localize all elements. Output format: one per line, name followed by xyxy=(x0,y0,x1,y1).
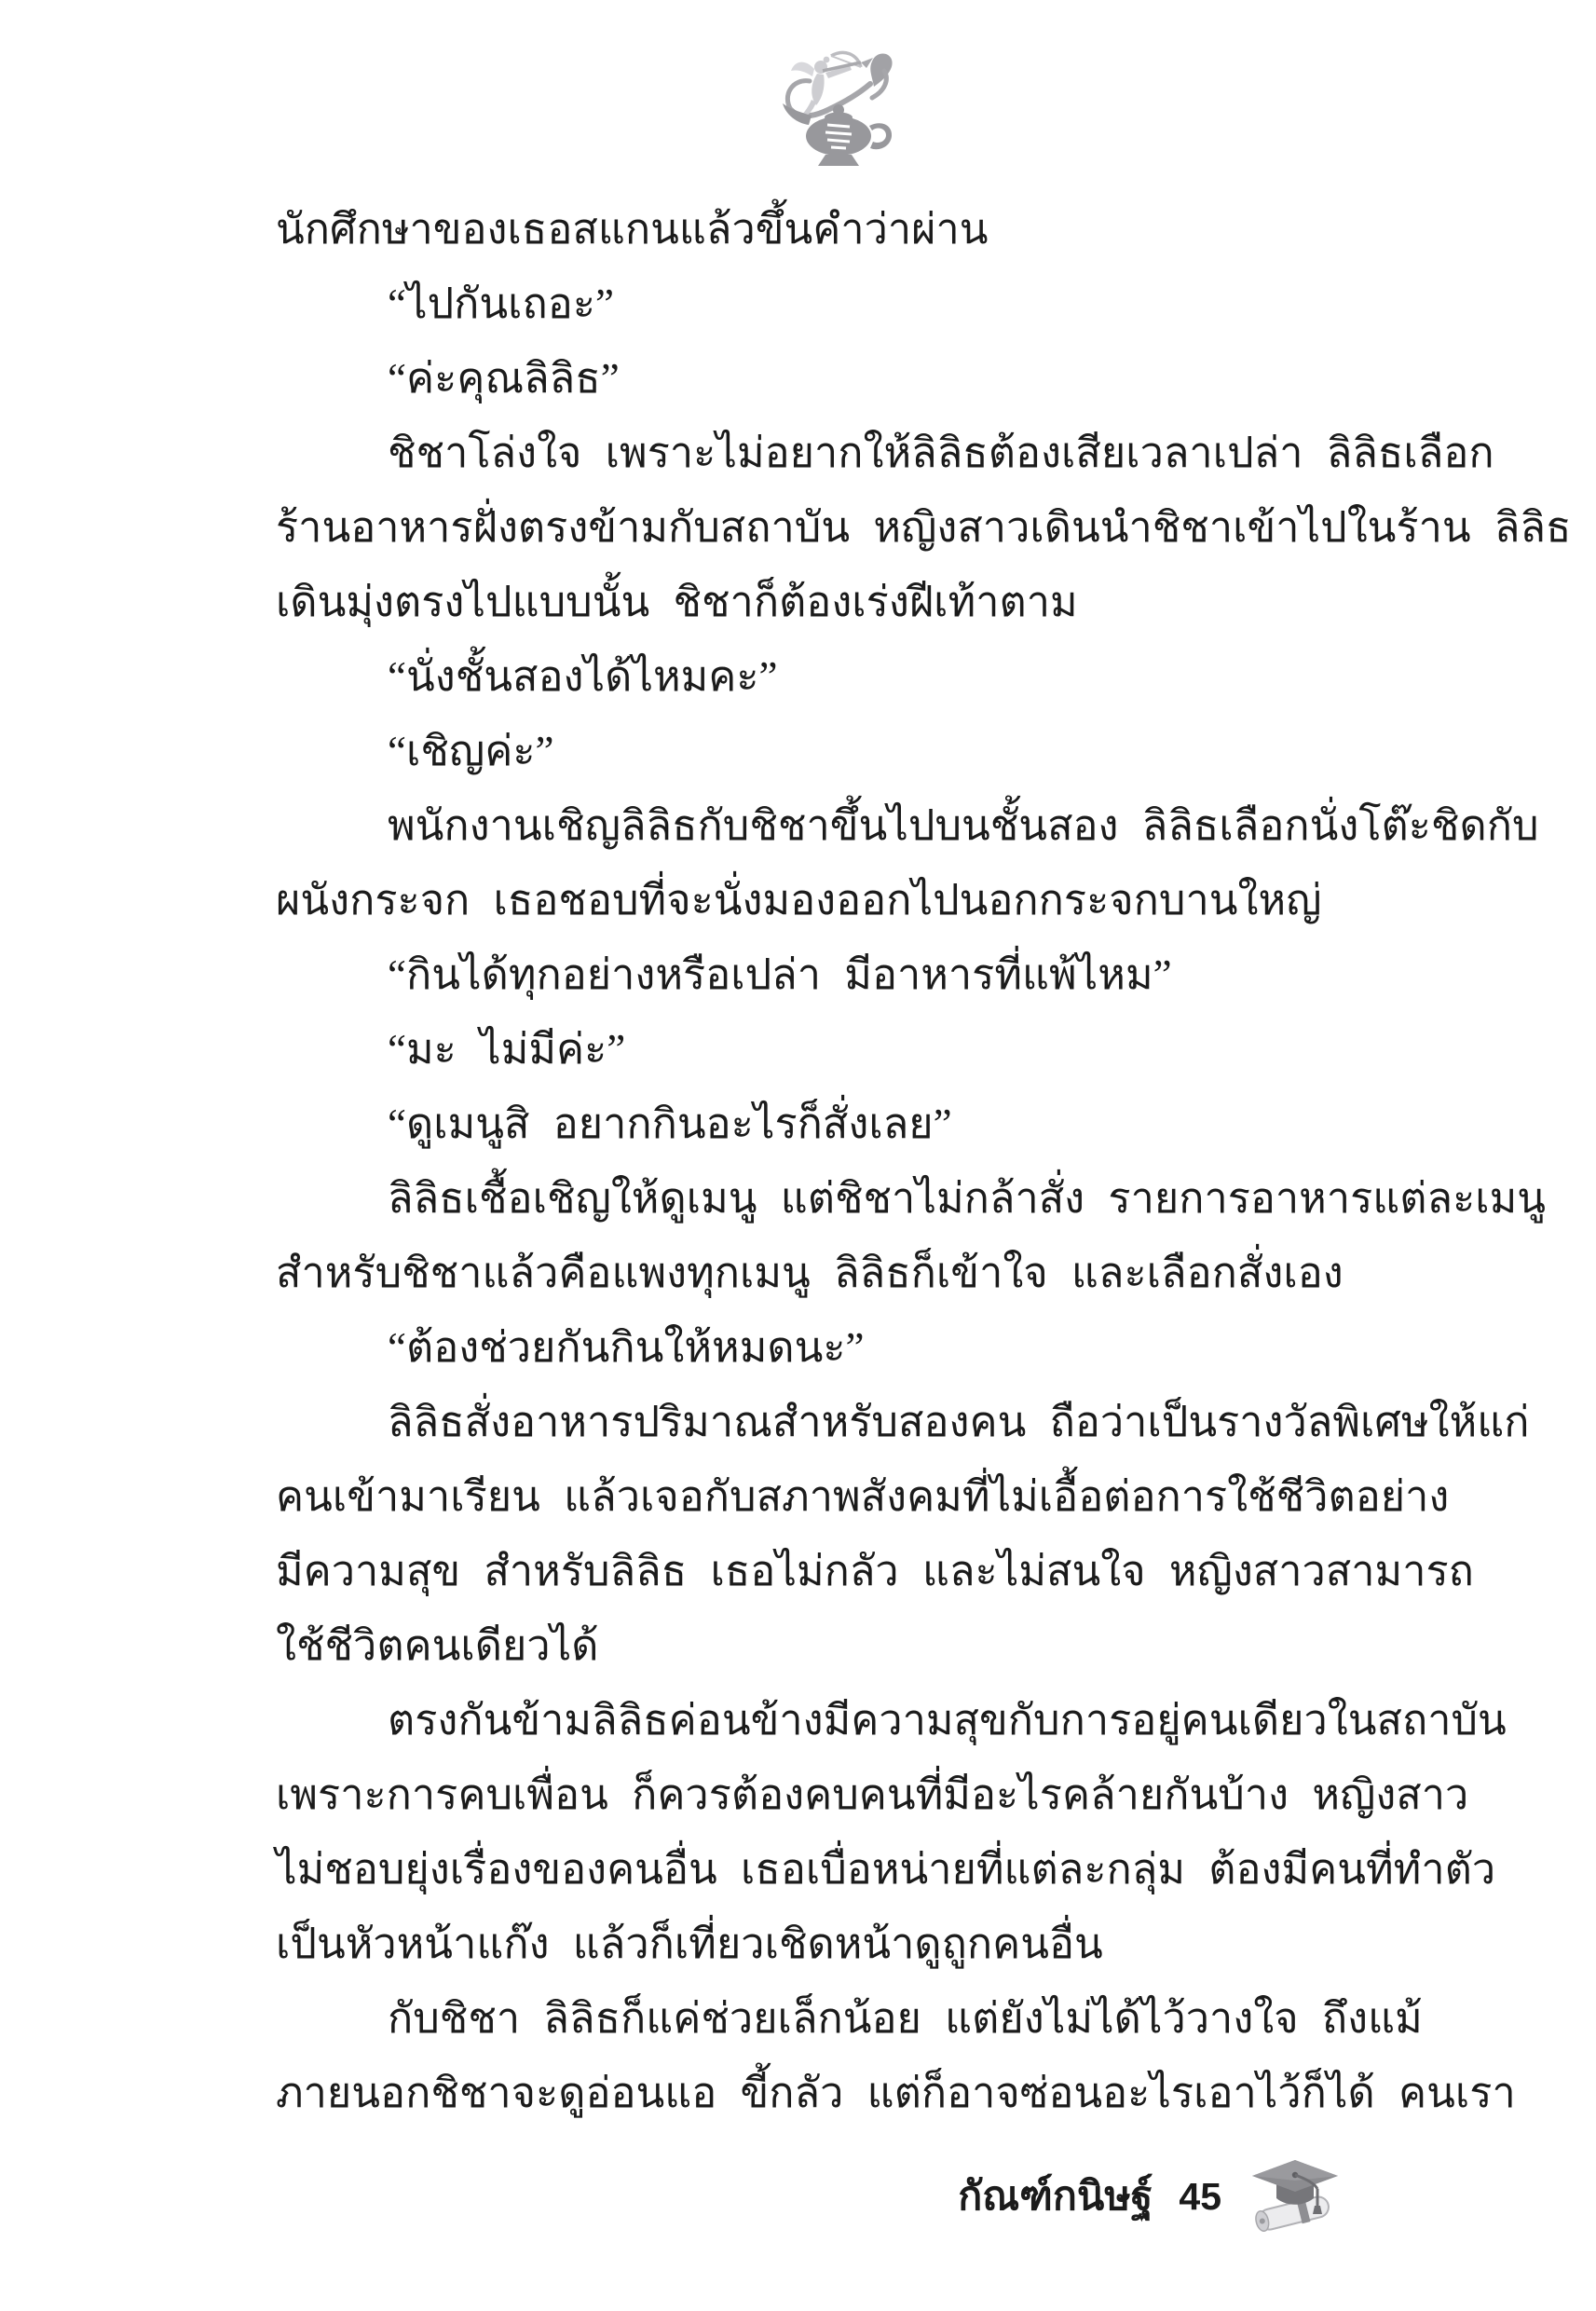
text-line: “เชิญค่ะ” xyxy=(276,714,1431,788)
text-line: ลิลิธสั่งอาหารปริมาณสำหรับสองคน ถือว่าเป… xyxy=(276,1385,1431,1459)
text-line: พนักงานเชิญลิลิธกับชิชาขึ้นไปบนชั้นสอง ล… xyxy=(276,788,1431,863)
book-page: นักศึกษาของเธอสแกนแล้วขึ้นคำว่าผ่าน“ไปกั… xyxy=(0,0,1596,2311)
page-body: นักศึกษาของเธอสแกนแล้วขึ้นคำว่าผ่าน“ไปกั… xyxy=(276,192,1431,2130)
text-line: “นั่งชั้นสองได้ไหมคะ” xyxy=(276,639,1431,714)
page-number: 45 xyxy=(1179,2178,1221,2216)
text-line: กับชิชา ลิลิธก็แค่ช่วยเล็กน้อย แต่ยังไม่… xyxy=(276,1981,1431,2056)
header-ornament xyxy=(779,47,898,171)
genie-lamp xyxy=(783,103,892,166)
text-line: นักศึกษาของเธอสแกนแล้วขึ้นคำว่าผ่าน xyxy=(276,192,1431,267)
text-line: มีความสุข สำหรับลิลิธ เธอไม่กลัว และไม่ส… xyxy=(276,1534,1431,1608)
text-line: “ไปกันเถอะ” xyxy=(276,267,1431,341)
page-footer: กัณฑ์กนิษฐ์ 45 xyxy=(958,2154,1343,2238)
text-line: เดินมุ่งตรงไปแบบนั้น ชิชาก็ต้องเร่งฝีเท้… xyxy=(276,565,1431,639)
cupid-genie-lamp-icon xyxy=(779,47,898,171)
text-line: เพราะการคบเพื่อน ก็ควรต้องคบคนที่มีอะไรค… xyxy=(276,1757,1431,1832)
text-line: คนเข้ามาเรียน แล้วเจอกับสภาพสังคมที่ไม่เ… xyxy=(276,1459,1431,1534)
text-line: ตรงกันข้ามลิลิธค่อนข้างมีความสุขกับการอย… xyxy=(276,1683,1431,1757)
text-line: สำหรับชิชาแล้วคือแพงทุกเมนู ลิลิธก็เข้าใ… xyxy=(276,1236,1431,1310)
text-line: ร้านอาหารฝั่งตรงข้ามกับสถาบัน หญิงสาวเดิ… xyxy=(276,490,1431,565)
text-line: ชิชาโล่งใจ เพราะไม่อยากให้ลิลิธต้องเสียเ… xyxy=(276,416,1431,490)
text-line: “ดูเมนูสิ อยากกินอะไรก็สั่งเลย” xyxy=(276,1087,1431,1161)
text-line: เป็นหัวหน้าแก๊ง แล้วก็เที่ยวเชิดหน้าดูถู… xyxy=(276,1907,1431,1981)
text-line: ลิลิธเชื้อเชิญให้ดูเมนู แต่ชิชาไม่กล้าสั… xyxy=(276,1161,1431,1236)
footer-author: กัณฑ์กนิษฐ์ xyxy=(958,2177,1153,2217)
text-line: “มะ ไม่มีค่ะ” xyxy=(276,1012,1431,1087)
text-line: “ต้องช่วยกันกินให้หมดนะ” xyxy=(276,1310,1431,1385)
text-line: ใช้ชีวิตคนเดียวได้ xyxy=(276,1608,1431,1683)
text-line: ภายนอกชิชาจะดูอ่อนแอ ขี้กลัว แต่ก็อาจซ่อ… xyxy=(276,2056,1431,2130)
text-line: ผนังกระจก เธอชอบที่จะนั่งมองออกไปนอกกระจ… xyxy=(276,863,1431,937)
graduation-cap-icon xyxy=(1248,2154,1343,2238)
text-line: “กินได้ทุกอย่างหรือเปล่า มีอาหารที่แพ้ไห… xyxy=(276,937,1431,1012)
text-line: “ค่ะคุณลิลิธ” xyxy=(276,341,1431,416)
text-line: ไม่ชอบยุ่งเรื่องของคนอื่น เธอเบื่อหน่ายท… xyxy=(276,1832,1431,1907)
